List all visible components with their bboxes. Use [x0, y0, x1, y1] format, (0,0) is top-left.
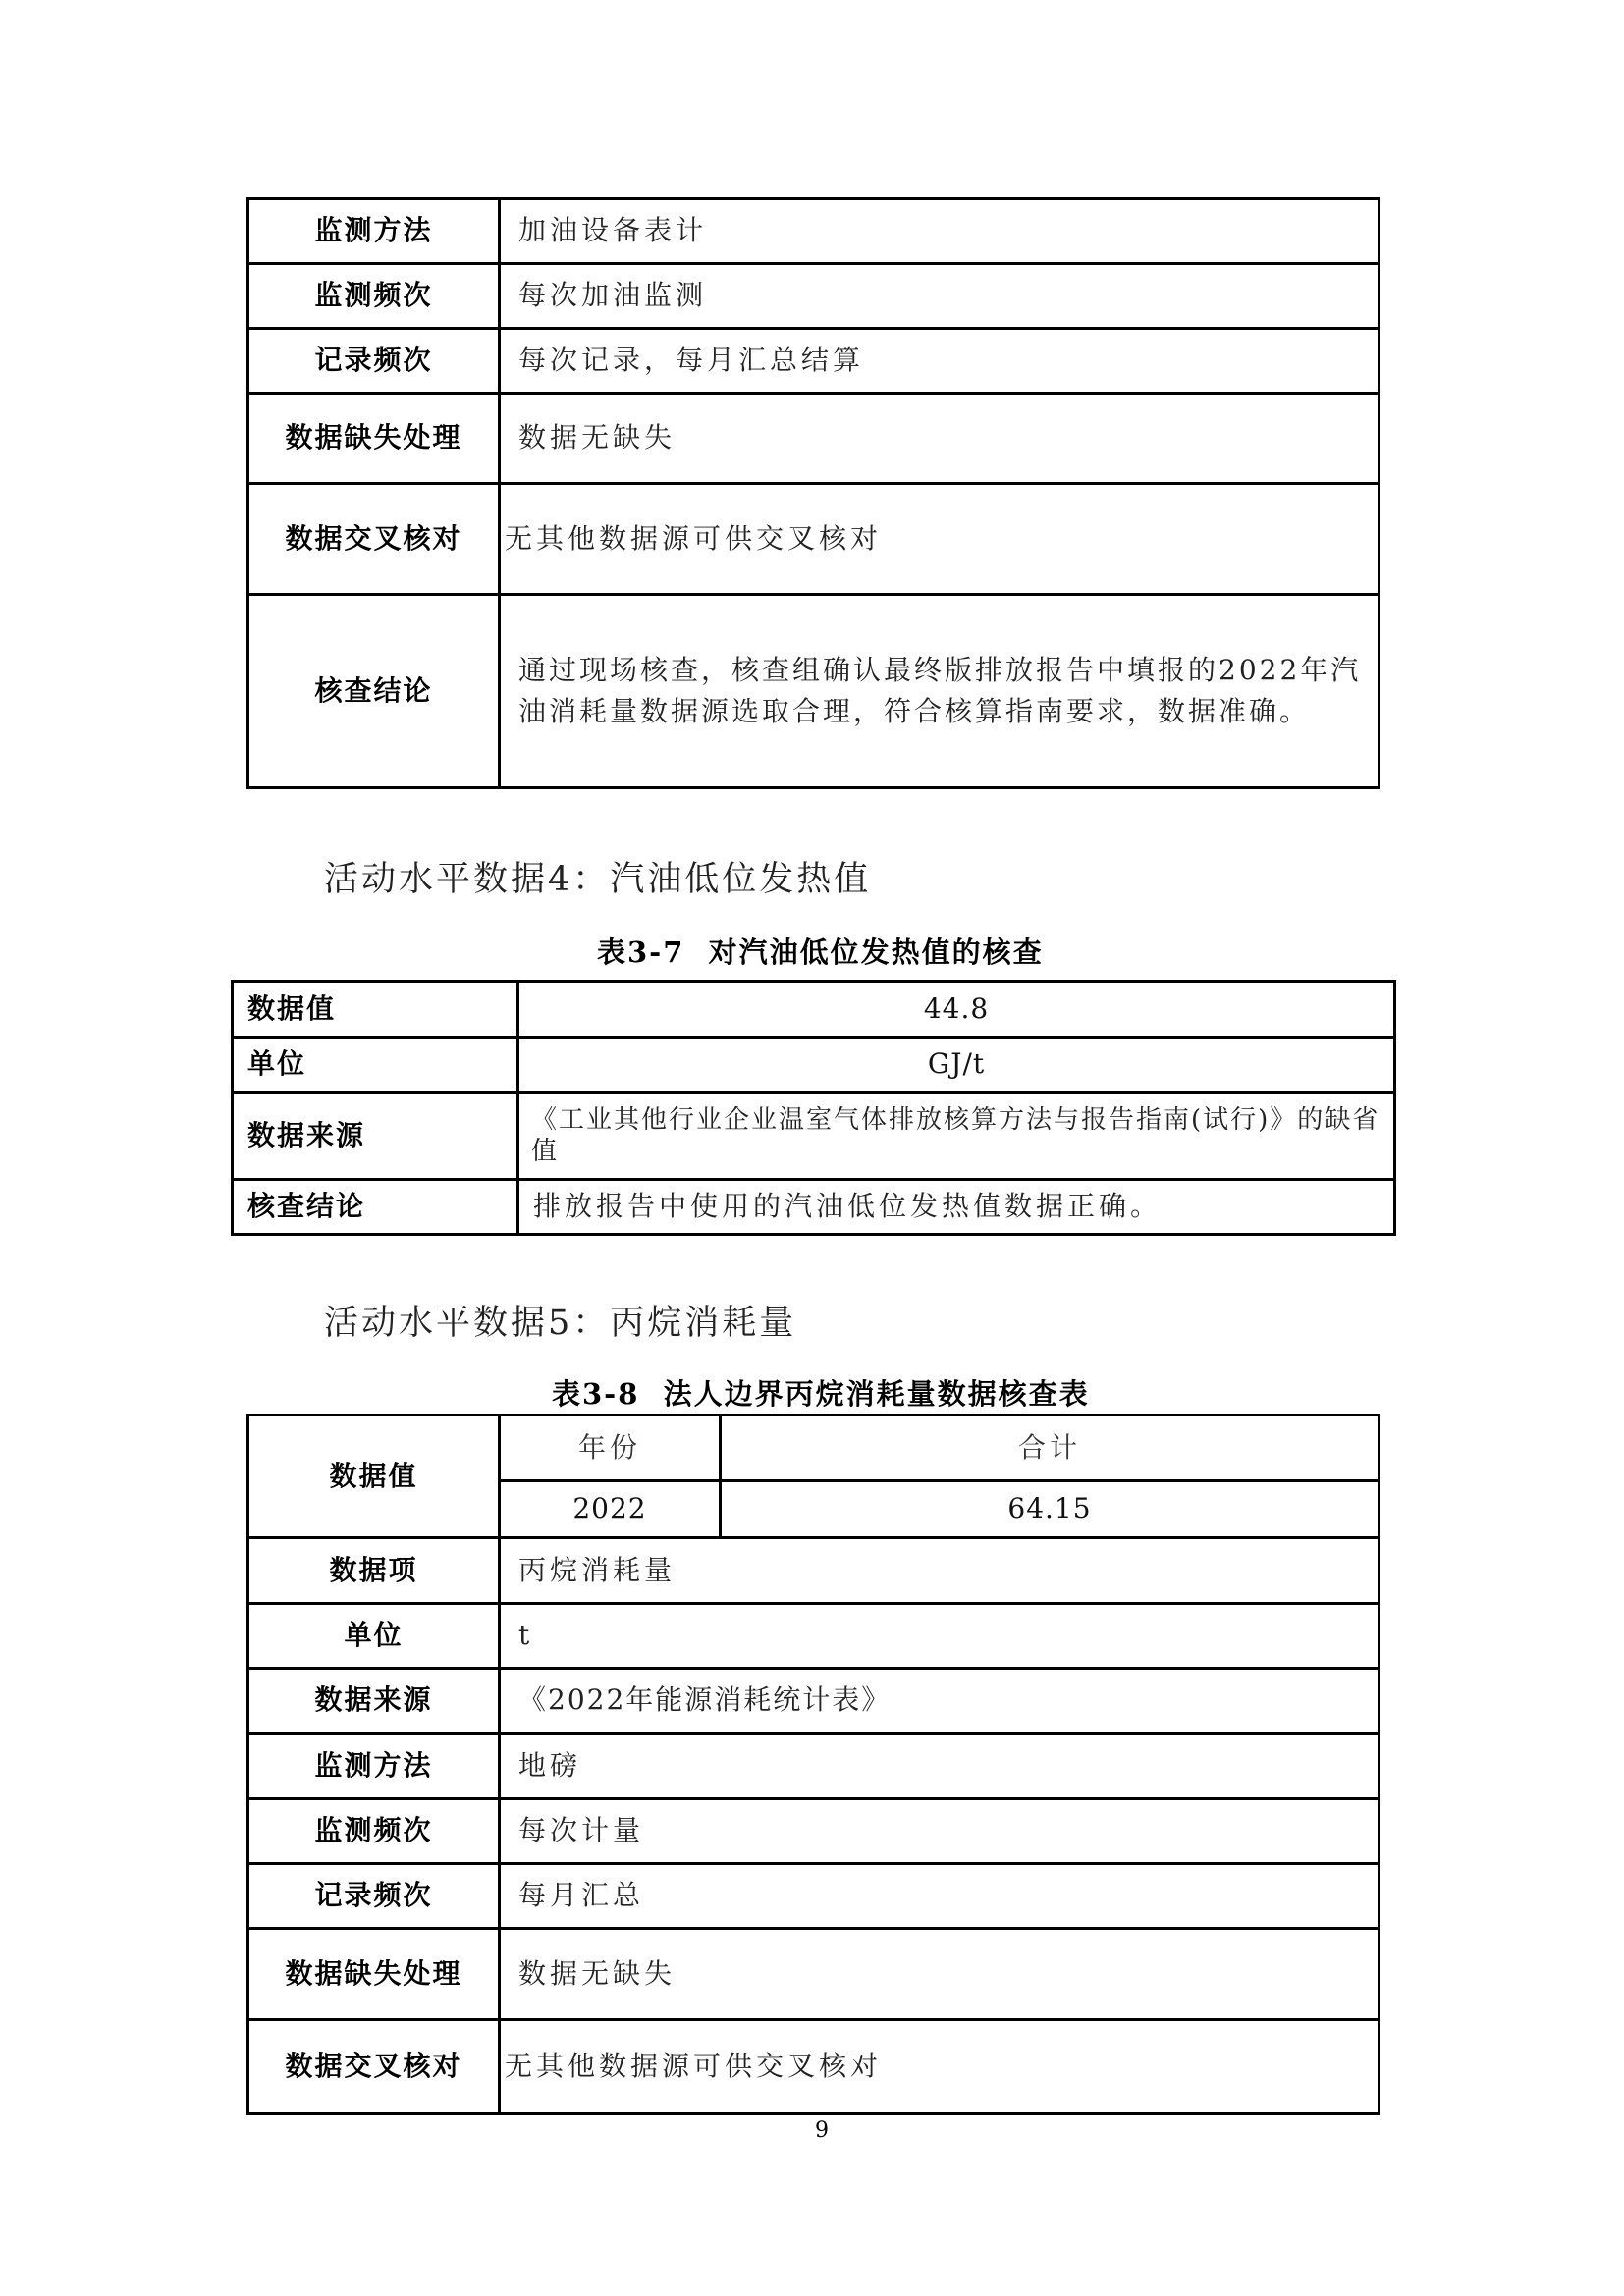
row-value: 地磅: [500, 1734, 1380, 1799]
table-row: 数据值 年份 合计: [248, 1415, 1380, 1481]
row-label: 核查结论: [233, 1180, 518, 1235]
row-value: 每次计量: [500, 1799, 1380, 1864]
table-row: 监测方法 加油设备表计: [248, 199, 1380, 264]
row-value: 无其他数据源可供交叉核对: [500, 484, 1380, 595]
table-row: 核查结论 通过现场核查，核查组确认最终版排放报告中填报的2022年汽油消耗量数据…: [248, 595, 1380, 788]
row-label: 单位: [233, 1038, 518, 1093]
row-value: 数据无缺失: [500, 394, 1380, 484]
row-value: 《工业其他行业企业温室气体排放核算方法与报告指南(试行)》的缺省值: [518, 1093, 1395, 1180]
table-row: 监测方法 地磅: [248, 1734, 1380, 1799]
table-row: 数据缺失处理 数据无缺失: [248, 1929, 1380, 2020]
section-heading: 活动水平数据4：汽油低位发热值: [324, 852, 871, 901]
row-value: GJ/t: [518, 1038, 1395, 1093]
row-label: 数据缺失处理: [248, 1929, 500, 2020]
table-caption: 表3-8 法人边界丙烷消耗量数据核查表: [552, 1372, 1090, 1413]
row-label: 单位: [248, 1604, 500, 1669]
table-row: 监测频次 每次计量: [248, 1799, 1380, 1864]
table-row: 数据缺失处理 数据无缺失: [248, 394, 1380, 484]
total-value: 64.15: [721, 1481, 1380, 1538]
table-row: 记录频次 每月汇总: [248, 1864, 1380, 1929]
row-value: 加油设备表计: [500, 199, 1380, 264]
row-label: 数据交叉核对: [248, 2020, 500, 2114]
table-row: 数据来源 《工业其他行业企业温室气体排放核算方法与报告指南(试行)》的缺省值: [233, 1093, 1395, 1180]
row-label: 数据缺失处理: [248, 394, 500, 484]
row-value: 排放报告中使用的汽油低位发热值数据正确。: [518, 1180, 1395, 1235]
row-value: 丙烷消耗量: [500, 1538, 1380, 1604]
gasoline-consumption-table-continued: 监测方法 加油设备表计 监测频次 每次加油监测 记录频次 每次记录，每月汇总结算…: [246, 197, 1380, 789]
row-value: 数据无缺失: [500, 1929, 1380, 2020]
row-label: 数据交叉核对: [248, 484, 500, 595]
row-value: 通过现场核查，核查组确认最终版排放报告中填报的2022年汽油消耗量数据源选取合理…: [500, 595, 1380, 788]
table-row: 数据值 44.8: [233, 982, 1395, 1038]
row-label: 监测频次: [248, 1799, 500, 1864]
row-value: 无其他数据源可供交叉核对: [500, 2020, 1380, 2114]
table-row: 单位 GJ/t: [233, 1038, 1395, 1093]
row-value: t: [500, 1604, 1380, 1669]
year-value: 2022: [500, 1481, 721, 1538]
row-label: 核查结论: [248, 595, 500, 788]
row-value: 每次加油监测: [500, 264, 1380, 329]
row-value: 《2022年能源消耗统计表》: [500, 1669, 1380, 1734]
row-label: 监测方法: [248, 1734, 500, 1799]
table-row: 核查结论 排放报告中使用的汽油低位发热值数据正确。: [233, 1180, 1395, 1235]
row-label: 记录频次: [248, 329, 500, 394]
row-label: 监测频次: [248, 264, 500, 329]
row-value: 每次记录，每月汇总结算: [500, 329, 1380, 394]
column-header-total: 合计: [721, 1415, 1380, 1481]
row-label: 数据来源: [233, 1093, 518, 1180]
row-label: 监测方法: [248, 199, 500, 264]
row-value: 每月汇总: [500, 1864, 1380, 1929]
row-label: 数据值: [233, 982, 518, 1038]
propane-consumption-table: 数据值 年份 合计 2022 64.15 数据项 丙烷消耗量 单位 t 数据来源…: [246, 1414, 1380, 2115]
table-row: 数据项 丙烷消耗量: [248, 1538, 1380, 1604]
row-label: 数据来源: [248, 1669, 500, 1734]
row-label: 数据值: [248, 1415, 500, 1538]
table-row: 单位 t: [248, 1604, 1380, 1669]
column-header-year: 年份: [500, 1415, 721, 1481]
table-row: 监测频次 每次加油监测: [248, 264, 1380, 329]
row-value: 44.8: [518, 982, 1395, 1038]
row-label: 数据项: [248, 1538, 500, 1604]
row-label: 记录频次: [248, 1864, 500, 1929]
table-row: 记录频次 每次记录，每月汇总结算: [248, 329, 1380, 394]
gasoline-ncv-table: 数据值 44.8 单位 GJ/t 数据来源 《工业其他行业企业温室气体排放核算方…: [231, 980, 1396, 1236]
table-row: 数据交叉核对 无其他数据源可供交叉核对: [248, 484, 1380, 595]
section-heading: 活动水平数据5：丙烷消耗量: [324, 1296, 796, 1345]
table-row: 数据交叉核对 无其他数据源可供交叉核对: [248, 2020, 1380, 2114]
table-caption: 表3-7 对汽油低位发热值的核查: [597, 931, 1044, 971]
table-row: 数据来源 《2022年能源消耗统计表》: [248, 1669, 1380, 1734]
page-number: 9: [815, 2118, 829, 2143]
